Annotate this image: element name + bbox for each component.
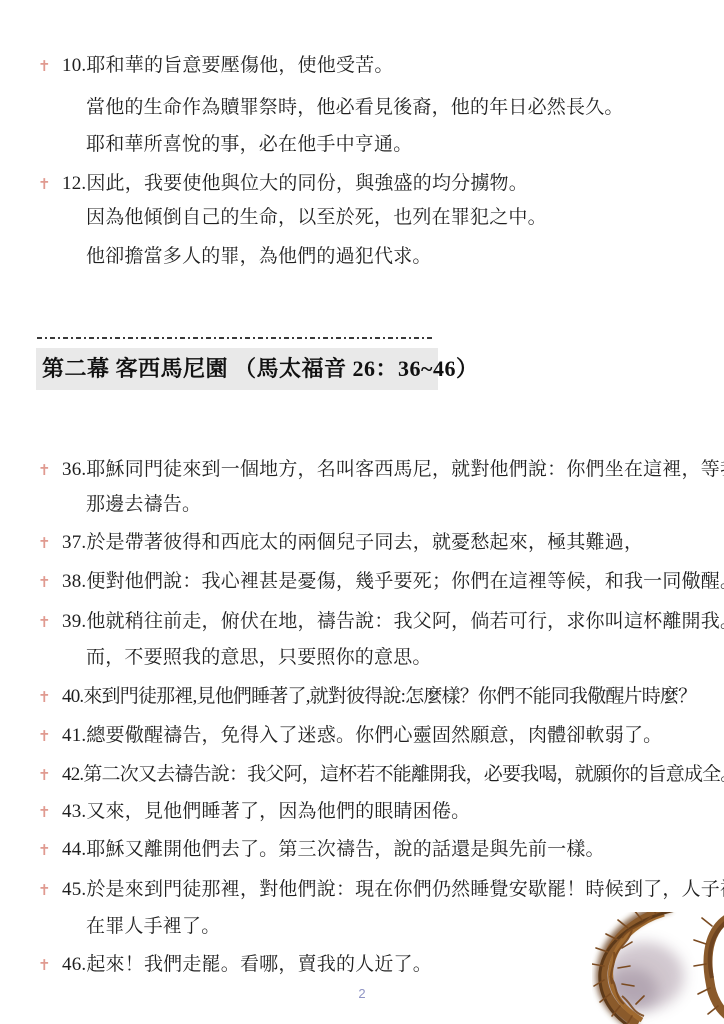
cross-icon: ✝ bbox=[38, 953, 51, 977]
verse-line: ✝ 10.耶和華的旨意要壓傷他，使他受苦。 bbox=[62, 53, 394, 79]
verse-text: 44.耶穌又離開他們去了。第三次禱告，說的話還是與先前一樣。 bbox=[62, 839, 605, 860]
verse-text: 12.因此，我要使他與位大的同份，與強盛的均分擄物。 bbox=[62, 173, 528, 194]
verse-line: ✝ 46.起來！我們走罷。看哪，賣我的人近了。 bbox=[62, 952, 432, 978]
cross-icon: ✝ bbox=[38, 878, 51, 902]
verse-text: 當他的生命作為贖罪祭時，他必看見後裔，他的年日必然長久。 bbox=[86, 97, 624, 118]
verse-line: ✝ 45.於是來到門徒那裡，對他們說：現在你們仍然睡覺安歇罷！時候到了，人子被賣 bbox=[62, 877, 724, 903]
verse-text: 他卻擔當多人的罪，為他們的過犯代求。 bbox=[86, 246, 432, 267]
verse-text: 在罪人手裡了。 bbox=[86, 916, 220, 937]
document-page: ✝ 10.耶和華的旨意要壓傷他，使他受苦。 當他的生命作為贖罪祭時，他必看見後裔… bbox=[0, 0, 724, 1024]
verse-line: ✝ 38.便對他們說：我心裡甚是憂傷，幾乎要死；你們在這裡等候，和我一同儆醒。 bbox=[62, 569, 724, 595]
continuation-line: 當他的生命作為贖罪祭時，他必看見後裔，他的年日必然長久。 bbox=[86, 95, 624, 121]
cross-icon: ✝ bbox=[38, 838, 51, 862]
verse-text: 42.第二次又去禱告說：我父阿，這杯若不能離開我，必要我喝，就願你的旨意成全。 bbox=[62, 764, 724, 785]
crown-of-thorns-image bbox=[592, 912, 724, 1024]
cross-icon: ✝ bbox=[38, 458, 51, 482]
continuation-line: 耶和華所喜悅的事，必在他手中亨通。 bbox=[86, 132, 412, 158]
page-number: 2 bbox=[0, 986, 724, 1001]
verse-text: 38.便對他們說：我心裡甚是憂傷，幾乎要死；你們在這裡等候，和我一同儆醒。 bbox=[62, 571, 724, 592]
verse-line: ✝ 40.來到門徒那裡,見他們睡著了,就對彼得說:怎麼樣？你們不能同我儆醒片時麼… bbox=[62, 684, 696, 710]
cross-icon: ✝ bbox=[38, 172, 51, 196]
verse-text: 10.耶和華的旨意要壓傷他，使他受苦。 bbox=[62, 55, 394, 76]
section-divider bbox=[37, 337, 433, 339]
verse-text: 37.於是帶著彼得和西庇太的兩個兒子同去，就憂愁起來，極其難過， bbox=[62, 532, 643, 553]
section-heading: 第二幕 客西馬尼園 （馬太福音 26：36~46） bbox=[36, 348, 438, 390]
continuation-line: 那邊去禱告。 bbox=[86, 492, 201, 518]
cross-icon: ✝ bbox=[38, 800, 51, 824]
verse-text: 那邊去禱告。 bbox=[86, 494, 201, 515]
verse-line: ✝ 43.又來，見他們睡著了，因為他們的眼睛困倦。 bbox=[62, 799, 470, 825]
verse-line: ✝ 12.因此，我要使他與位大的同份，與強盛的均分擄物。 bbox=[62, 171, 528, 197]
continuation-line: 而，不要照我的意思，只要照你的意思。 bbox=[86, 645, 432, 671]
verse-text: 而，不要照我的意思，只要照你的意思。 bbox=[86, 647, 432, 668]
verse-line: ✝ 42.第二次又去禱告說：我父阿，這杯若不能離開我，必要我喝，就願你的旨意成全… bbox=[62, 762, 724, 788]
verse-text: 41.總要儆醒禱告，免得入了迷惑。你們心靈固然願意，肉體卻軟弱了。 bbox=[62, 725, 662, 746]
verse-text: 46.起來！我們走罷。看哪，賣我的人近了。 bbox=[62, 954, 432, 975]
verse-text: 因為他傾倒自己的生命，以至於死，也列在罪犯之中。 bbox=[86, 207, 547, 228]
continuation-line: 因為他傾倒自己的生命，以至於死，也列在罪犯之中。 bbox=[86, 205, 547, 231]
cross-icon: ✝ bbox=[38, 54, 51, 78]
continuation-line: 在罪人手裡了。 bbox=[86, 914, 220, 940]
verse-text: 40.來到門徒那裡,見他們睡著了,就對彼得說:怎麼樣？你們不能同我儆醒片時麼？ bbox=[62, 686, 696, 707]
cross-icon: ✝ bbox=[38, 531, 51, 555]
verse-text: 45.於是來到門徒那裡，對他們說：現在你們仍然睡覺安歇罷！時候到了，人子被賣 bbox=[62, 879, 724, 900]
cross-icon: ✝ bbox=[38, 724, 51, 748]
cross-icon: ✝ bbox=[38, 763, 50, 787]
verse-text: 39.他就稍往前走，俯伏在地，禱告說：我父阿，倘若可行，求你叫這杯離開我。然 bbox=[62, 611, 724, 632]
continuation-line: 他卻擔當多人的罪，為他們的過犯代求。 bbox=[86, 244, 432, 270]
verse-text: 43.又來，見他們睡著了，因為他們的眼睛困倦。 bbox=[62, 801, 470, 822]
verse-line: ✝ 41.總要儆醒禱告，免得入了迷惑。你們心靈固然願意，肉體卻軟弱了。 bbox=[62, 723, 662, 749]
verse-line: ✝ 44.耶穌又離開他們去了。第三次禱告，說的話還是與先前一樣。 bbox=[62, 837, 605, 863]
verse-line: ✝ 39.他就稍往前走，俯伏在地，禱告說：我父阿，倘若可行，求你叫這杯離開我。然 bbox=[62, 609, 724, 635]
cross-icon: ✝ bbox=[38, 570, 51, 594]
verse-line: ✝ 36.耶穌同門徒來到一個地方，名叫客西馬尼，就對他們說：你們坐在這裡，等我到 bbox=[62, 457, 724, 483]
cross-icon: ✝ bbox=[38, 610, 51, 634]
verse-text: 36.耶穌同門徒來到一個地方，名叫客西馬尼，就對他們說：你們坐在這裡，等我到 bbox=[62, 459, 724, 480]
verse-text: 耶和華所喜悅的事，必在他手中亨通。 bbox=[86, 134, 412, 155]
verse-line: ✝ 37.於是帶著彼得和西庇太的兩個兒子同去，就憂愁起來，極其難過， bbox=[62, 530, 643, 556]
cross-icon: ✝ bbox=[38, 685, 50, 709]
